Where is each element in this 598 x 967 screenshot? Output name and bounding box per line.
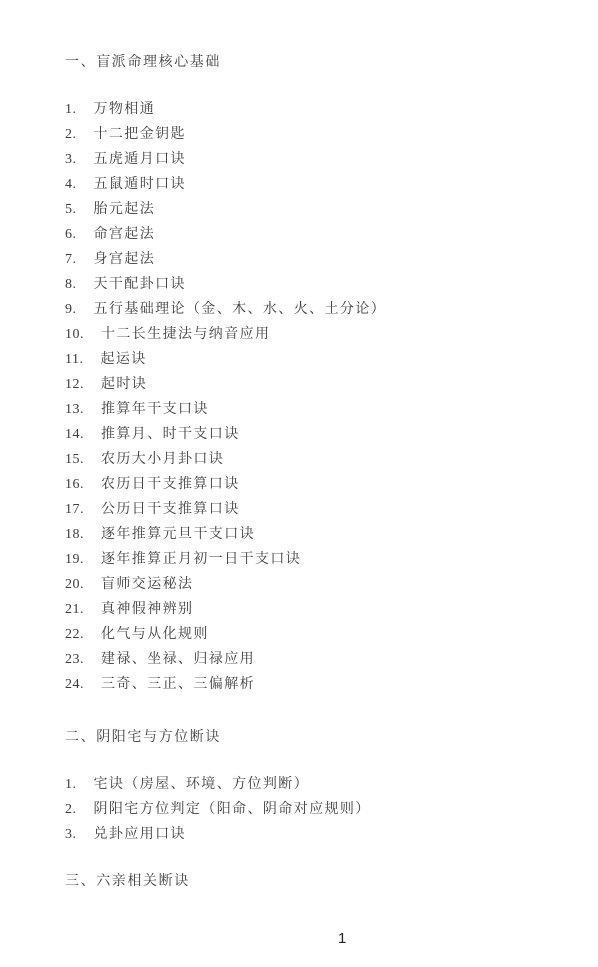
item-text: 推算月、时干支口诀 [101, 422, 240, 447]
toc-item: 16.农历日干支推算口诀 [65, 472, 558, 497]
item-text: 三奇、三正、三偏解析 [101, 672, 255, 697]
item-text: 公历日干支推算口诀 [101, 497, 240, 522]
toc-item: 8.天干配卦口诀 [65, 272, 558, 297]
toc-item: 2.十二把金钥匙 [65, 122, 558, 147]
item-number: 10. [65, 322, 84, 347]
toc-item: 3.兑卦应用口诀 [65, 822, 558, 847]
item-number: 12. [65, 372, 84, 397]
item-text: 五虎遁月口诀 [94, 147, 186, 172]
item-text: 天干配卦口诀 [94, 272, 186, 297]
item-text: 逐年推算正月初一日干支口诀 [101, 547, 301, 572]
item-number: 22. [65, 622, 84, 647]
toc-item: 14.推算月、时干支口诀 [65, 422, 558, 447]
page-number: 1 [338, 930, 346, 947]
item-number: 14. [65, 422, 84, 447]
item-number: 13. [65, 397, 84, 422]
toc-item: 6.命宫起法 [65, 222, 558, 247]
toc-item: 7.身宫起法 [65, 247, 558, 272]
document-page: 一、盲派命理核心基础 1.万物相通 2.十二把金钥匙 3.五虎遁月口诀 4.五鼠… [0, 0, 598, 967]
item-text: 推算年干支口诀 [101, 397, 209, 422]
toc-item: 22.化气与从化规则 [65, 622, 558, 647]
toc-item: 17.公历日干支推算口诀 [65, 497, 558, 522]
toc-item: 12.起时诀 [65, 372, 558, 397]
toc-item: 2.阴阳宅方位判定（阳命、阴命对应规则） [65, 797, 558, 822]
item-text: 起时诀 [101, 372, 147, 397]
toc-item: 19.逐年推算正月初一日干支口诀 [65, 547, 558, 572]
toc-item: 21.真神假神辨别 [65, 597, 558, 622]
section-heading: 一、盲派命理核心基础 [65, 50, 558, 75]
item-number: 6. [65, 222, 77, 247]
toc-item: 3.五虎遁月口诀 [65, 147, 558, 172]
item-number: 2. [65, 797, 77, 822]
item-text: 五行基础理论（金、木、水、火、土分论） [94, 297, 387, 322]
toc-item: 23.建禄、坐禄、归禄应用 [65, 647, 558, 672]
item-number: 7. [65, 247, 77, 272]
section-heading: 二、阴阳宅与方位断诀 [65, 725, 558, 750]
item-number: 2. [65, 122, 77, 147]
section-yinyang-dwelling: 二、阴阳宅与方位断诀 1.宅诀（房屋、环境、方位判断） 2.阴阳宅方位判定（阳命… [65, 725, 558, 847]
item-text: 农历大小月卦口诀 [101, 447, 224, 472]
item-text: 万物相通 [94, 97, 156, 122]
item-text: 真神假神辨别 [101, 597, 193, 622]
item-number: 15. [65, 447, 84, 472]
item-number: 3. [65, 822, 77, 847]
item-number: 9. [65, 297, 77, 322]
item-number: 1. [65, 772, 77, 797]
item-text: 命宫起法 [94, 222, 156, 247]
item-number: 8. [65, 272, 77, 297]
item-text: 兑卦应用口诀 [94, 822, 186, 847]
toc-item: 9.五行基础理论（金、木、水、火、土分论） [65, 297, 558, 322]
item-text: 盲师交运秘法 [101, 572, 193, 597]
item-number: 4. [65, 172, 77, 197]
item-number: 24. [65, 672, 84, 697]
toc-item: 1.万物相通 [65, 97, 558, 122]
item-number: 23. [65, 647, 84, 672]
section-heading: 三、六亲相关断诀 [65, 869, 558, 894]
toc-item: 5.胎元起法 [65, 197, 558, 222]
item-text: 起运诀 [100, 347, 146, 372]
item-text: 阴阳宅方位判定（阳命、阴命对应规则） [94, 797, 371, 822]
item-text: 胎元起法 [94, 197, 156, 222]
toc-item: 24.三奇、三正、三偏解析 [65, 672, 558, 697]
toc-item: 11.起运诀 [65, 347, 558, 372]
toc-item: 10.十二长生捷法与纳音应用 [65, 322, 558, 347]
item-text: 建禄、坐禄、归禄应用 [101, 647, 255, 672]
item-text: 农历日干支推算口诀 [101, 472, 240, 497]
item-text: 十二长生捷法与纳音应用 [101, 322, 270, 347]
item-number: 16. [65, 472, 84, 497]
item-text: 逐年推算元旦干支口诀 [101, 522, 255, 547]
item-number: 17. [65, 497, 84, 522]
item-text: 五鼠遁时口诀 [94, 172, 186, 197]
toc-item: 20.盲师交运秘法 [65, 572, 558, 597]
toc-item: 1.宅诀（房屋、环境、方位判断） [65, 772, 558, 797]
item-number: 11. [65, 347, 83, 372]
toc-item: 13.推算年干支口诀 [65, 397, 558, 422]
toc-list: 1.万物相通 2.十二把金钥匙 3.五虎遁月口诀 4.五鼠遁时口诀 5.胎元起法… [65, 97, 558, 697]
toc-list: 1.宅诀（房屋、环境、方位判断） 2.阴阳宅方位判定（阳命、阴命对应规则） 3.… [65, 772, 558, 847]
toc-item: 15.农历大小月卦口诀 [65, 447, 558, 472]
item-number: 20. [65, 572, 84, 597]
item-number: 3. [65, 147, 77, 172]
item-text: 宅诀（房屋、环境、方位判断） [94, 772, 310, 797]
item-number: 21. [65, 597, 84, 622]
item-number: 1. [65, 97, 77, 122]
item-text: 十二把金钥匙 [94, 122, 186, 147]
toc-item: 4.五鼠遁时口诀 [65, 172, 558, 197]
section-core-basics: 一、盲派命理核心基础 1.万物相通 2.十二把金钥匙 3.五虎遁月口诀 4.五鼠… [65, 50, 558, 697]
section-six-relations: 三、六亲相关断诀 [65, 869, 558, 894]
toc-item: 18.逐年推算元旦干支口诀 [65, 522, 558, 547]
item-number: 5. [65, 197, 77, 222]
item-text: 化气与从化规则 [101, 622, 209, 647]
item-number: 18. [65, 522, 84, 547]
item-text: 身宫起法 [94, 247, 156, 272]
item-number: 19. [65, 547, 84, 572]
